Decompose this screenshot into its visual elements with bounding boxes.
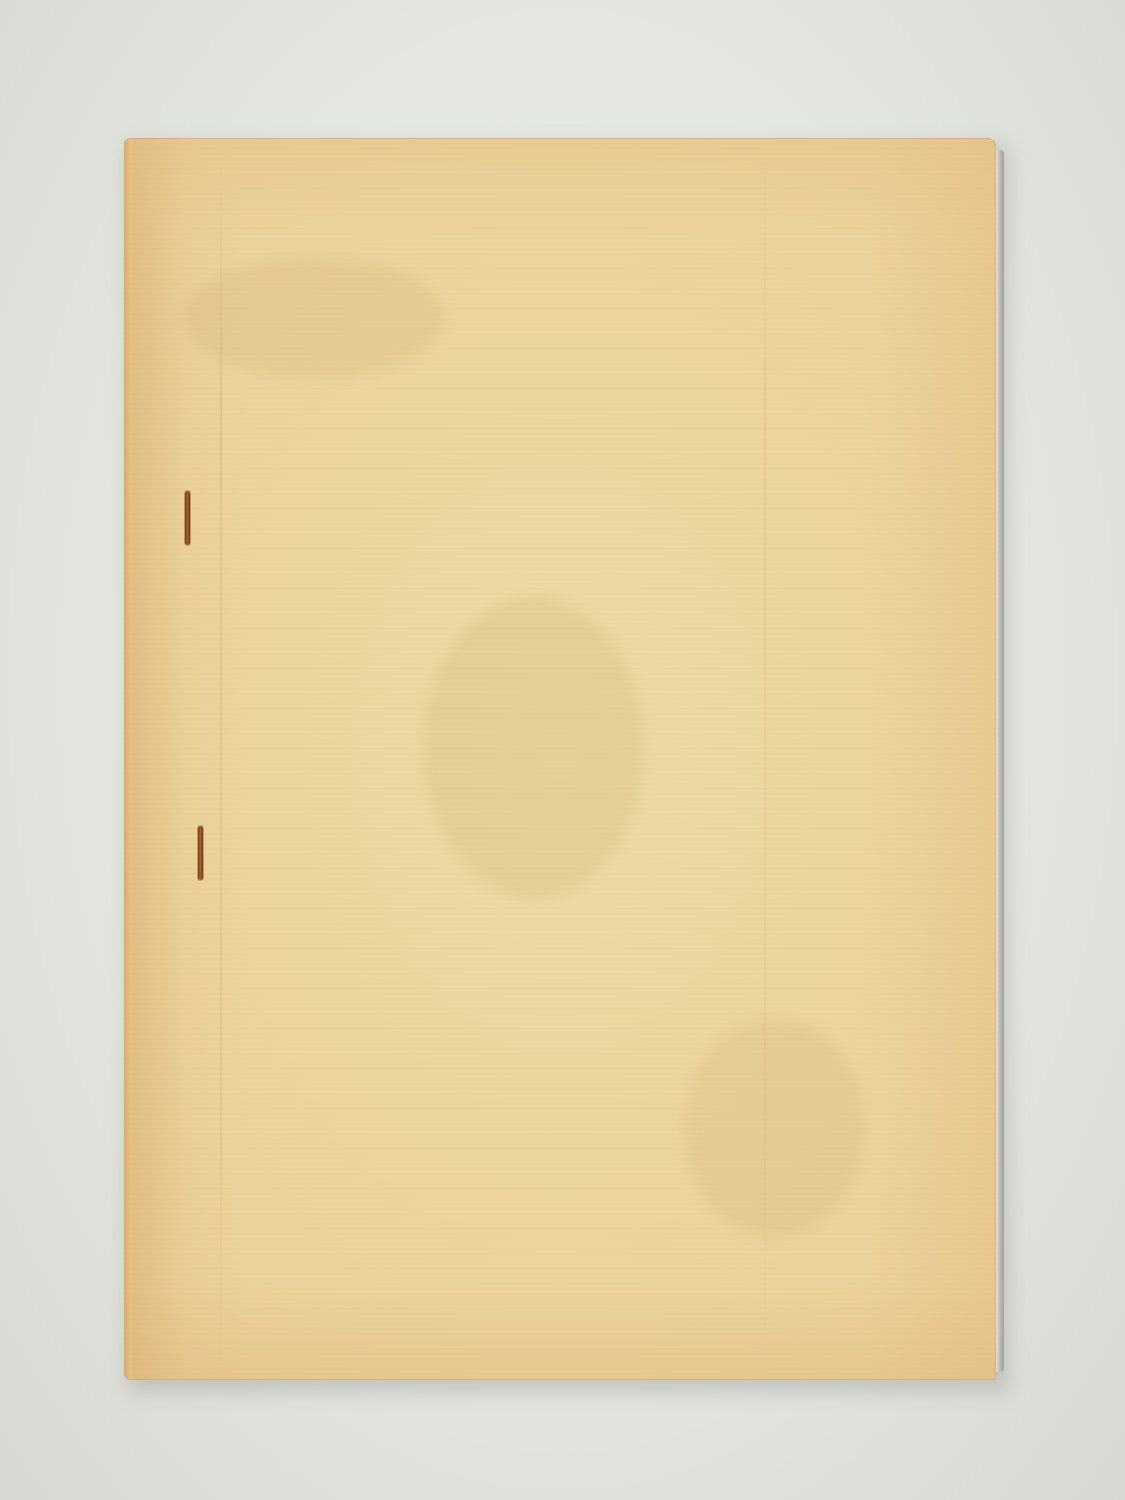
booklet-spine (124, 138, 132, 1380)
staple-upper: upper staple (185, 491, 190, 545)
booklet-cover: upper staple lower staple (124, 138, 996, 1380)
paper-stain (424, 598, 644, 898)
photo-scene: { "scene": { "description": "Photograph … (0, 0, 1125, 1500)
staple-lower: lower staple (198, 826, 203, 880)
paper-stain (684, 1018, 864, 1238)
paper-stain (184, 258, 444, 378)
